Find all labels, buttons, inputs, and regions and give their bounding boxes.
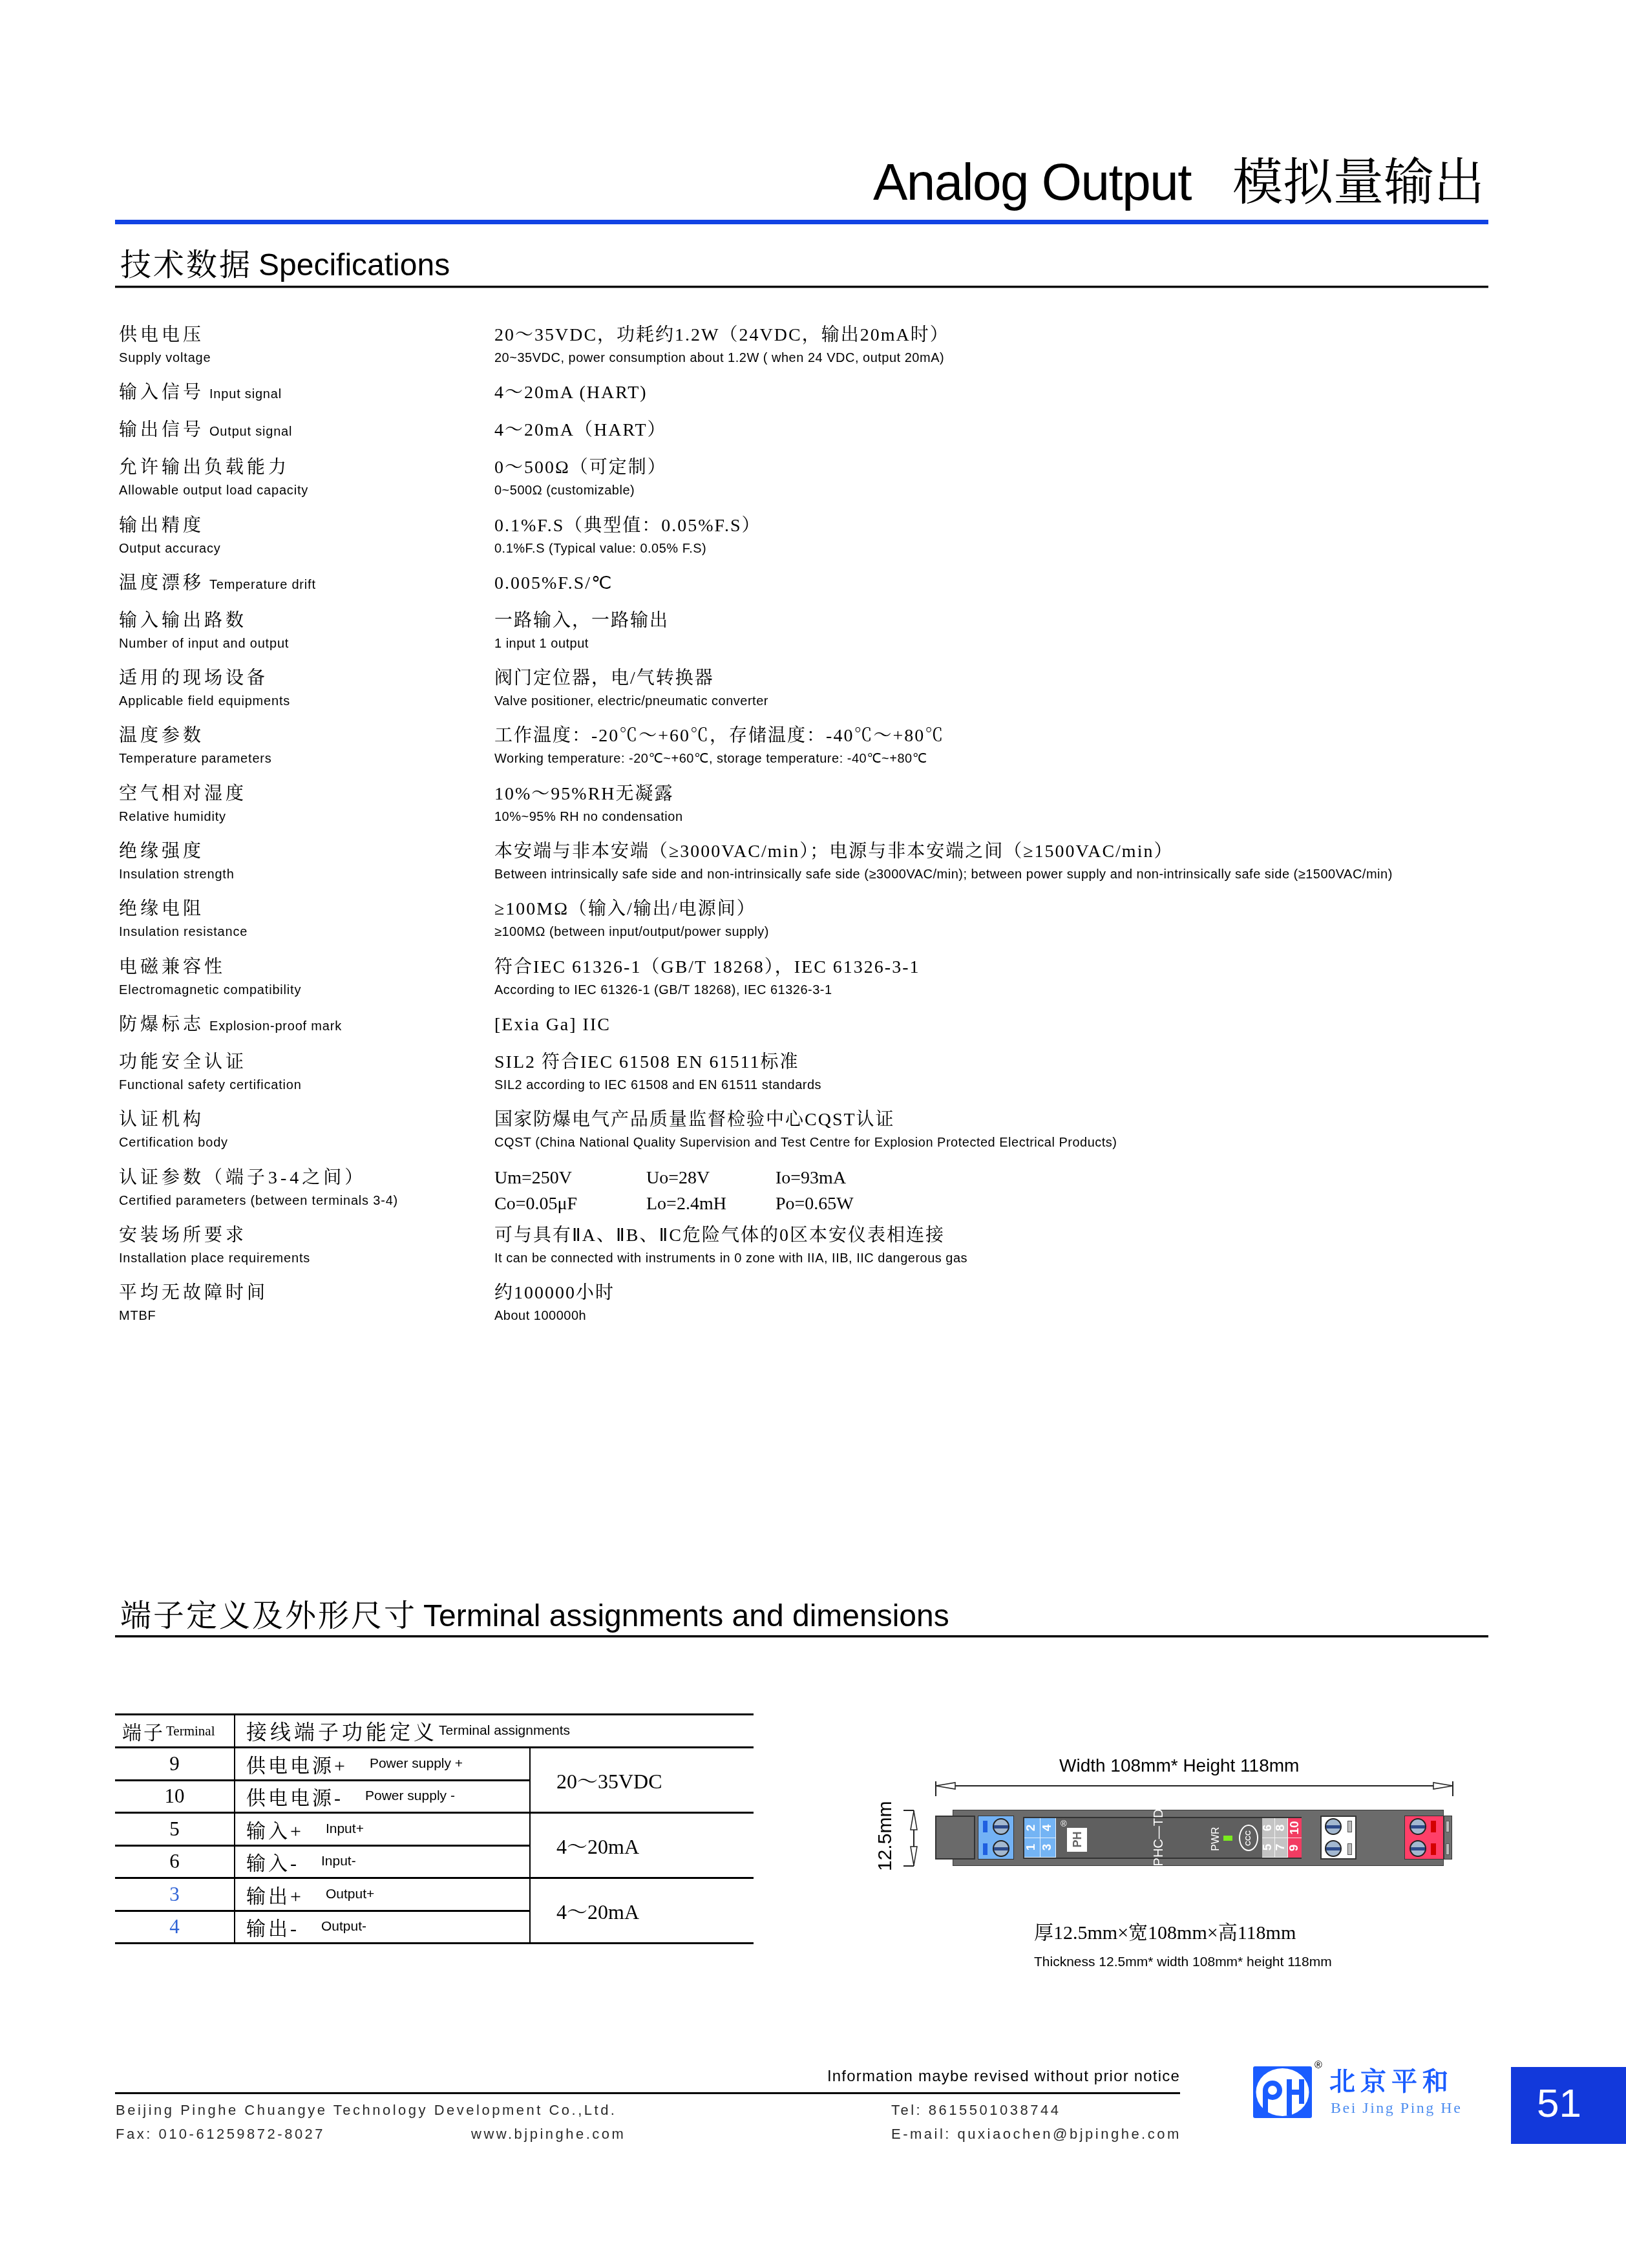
terminal-label: 6 [1262, 1818, 1275, 1838]
width-dimension-label: Width 108mm* Height 118mm [1059, 1755, 1299, 1776]
device-end-cap-left [935, 1816, 975, 1860]
phone-number: Tel: 8615501038744 [891, 2101, 1061, 2120]
spec-label: 供电电压 Supply voltage [119, 324, 494, 381]
spec-value-en: 0~500Ω (customizable) [494, 480, 1489, 502]
terminal-function: 输入-Input- [235, 1847, 531, 1880]
spec-label-cn: 空气相对湿度 [119, 783, 494, 806]
terminal-group-value: 4～20mA [531, 1814, 754, 1879]
spec-row-temperature-parameters: 温度参数 Temperature parameters 工作温度：-20℃～+6… [119, 725, 1489, 782]
spec-row-field-equipment: 适用的现场设备 Applicable field equipments 阀门定位… [119, 667, 1489, 725]
spec-label-cn-text: 防爆标志 [119, 1015, 204, 1035]
header-assign-cn: 接线端子功能定义 [246, 1716, 438, 1746]
function-en: Input+ [326, 1821, 364, 1837]
spec-label: 平均无故障时间 MTBF [119, 1282, 494, 1339]
registered-mark: ® [1061, 1819, 1067, 1829]
function-cn: 输入- [246, 1847, 299, 1876]
terminal-number: 9 [115, 1748, 235, 1781]
brand-logo-small: PH [1067, 1828, 1087, 1852]
spec-label-en: Relative humidity [119, 806, 494, 828]
param-co: Co=0.05μF [494, 1190, 646, 1218]
spec-label-cn: 供电电压 [119, 324, 494, 347]
spec-value: 20～35VDC，功耗约1.2W（24VDC，输出20mA时） 20~35VDC… [494, 324, 1489, 381]
spec-row-emc: 电磁兼容性 Electromagnetic compatibility 符合IE… [119, 956, 1489, 1013]
header-terminal-en: Terminal [166, 1723, 215, 1739]
screw-icon [1410, 1818, 1426, 1835]
spec-row-functional-safety: 功能安全认证 Functional safety certification S… [119, 1051, 1489, 1108]
spec-label: 防爆标志Explosion-proof mark [119, 1013, 494, 1051]
spec-value-en: 20~35VDC, power consumption about 1.2W (… [494, 347, 1489, 369]
spec-label-cn: 绝缘电阻 [119, 898, 494, 921]
function-en: Power supply + [370, 1756, 463, 1772]
spec-label-cn: 认证机构 [119, 1108, 494, 1132]
spec-value: 4～20mA（HART） [494, 419, 1489, 456]
spec-list: 供电电压 Supply voltage 20～35VDC，功耗约1.2W（24V… [119, 324, 1489, 1339]
spec-label-cn: 输入输出路数 [119, 609, 494, 633]
revision-notice: Information maybe revised without prior … [827, 2067, 1180, 2086]
spec-value-en: It can be connected with instruments in … [494, 1247, 1489, 1269]
param-lo: Lo=2.4mH [646, 1190, 776, 1218]
spec-value-cn: 可与具有ⅡA、ⅡB、ⅡC危险气体的0区本安仪表相连接 [494, 1224, 1489, 1247]
spec-label: 绝缘电阻 Insulation resistance [119, 898, 494, 955]
terminal-block-white [1320, 1816, 1357, 1860]
terminal-tab [1347, 1843, 1352, 1855]
spec-value-cn: 一路输入，一路输出 [494, 609, 1489, 633]
spec-value-cn: SIL2 符合IEC 61508 EN 61511标准 [494, 1051, 1489, 1074]
spec-label-cn: 温度参数 [119, 725, 494, 748]
spec-label-en: MTBF [119, 1305, 494, 1327]
registered-mark: ® [1315, 2061, 1322, 2071]
terminal-tab [1446, 1843, 1450, 1855]
spec-label: 输入信号Input signal [119, 381, 494, 419]
ccc-mark-text: CCC [1244, 1826, 1253, 1850]
section-heading-en: Terminal assignments and dimensions [423, 1599, 949, 1633]
terminal-number: 3 [115, 1879, 235, 1912]
param-io: Io=93mA [776, 1167, 846, 1190]
spec-label-cn: 温度漂移Temperature drift [119, 572, 494, 595]
spec-label: 输入输出路数 Number of input and output [119, 609, 494, 667]
spec-value-cn: 10%～95%RH无凝露 [494, 783, 1489, 806]
spec-label-cn-text: 输出信号 [119, 420, 204, 440]
spec-label-en: Output accuracy [119, 538, 494, 560]
power-led-label: PWR [1210, 1823, 1222, 1855]
spec-value-params: Um=250V Uo=28V Io=93mA Co=0.05μF Lo=2.4m… [494, 1167, 1489, 1224]
spec-row-output-accuracy: 输出精度 Output accuracy 0.1%F.S（典型值：0.05%F.… [119, 514, 1489, 572]
screw-icon [1325, 1840, 1342, 1857]
spec-value-en: Between intrinsically safe side and non-… [494, 864, 1489, 885]
spec-value: 工作温度：-20℃～+60℃，存储温度：-40℃～+80℃ Working te… [494, 725, 1489, 782]
terminal-tab [1431, 1821, 1436, 1832]
spec-value: 0.005%F.S/℃ [494, 572, 1489, 609]
spec-label: 认证机构 Certification body [119, 1108, 494, 1166]
spec-label: 空气相对湿度 Relative humidity [119, 783, 494, 840]
spec-label-en: Allowable output load capacity [119, 480, 494, 502]
spec-row-supply-voltage: 供电电压 Supply voltage 20～35VDC，功耗约1.2W（24V… [119, 324, 1489, 381]
spec-row-mtbf: 平均无故障时间 MTBF 约100000小时 About 100000h [119, 1282, 1489, 1339]
spec-label: 功能安全认证 Functional safety certification [119, 1051, 494, 1108]
param-uo: Uo=28V [646, 1167, 776, 1190]
spec-value-cn: ≥100MΩ（输入/输出/电源间） [494, 898, 1489, 921]
spec-value: ≥100MΩ（输入/输出/电源间） ≥100MΩ (between input/… [494, 898, 1489, 955]
param-line: Co=0.05μF Lo=2.4mH Po=0.65W [494, 1190, 1489, 1218]
spec-label-en: Explosion-proof mark [209, 1019, 342, 1033]
brand-name-cn: 北京平和 [1329, 2067, 1453, 2097]
spec-value-cn: 工作温度：-20℃～+60℃，存储温度：-40℃～+80℃ [494, 725, 1489, 748]
spec-label: 输出精度 Output accuracy [119, 514, 494, 572]
spec-label-cn: 认证参数（端子3-4之间） [119, 1167, 494, 1190]
table-header-assignments: 接线端子功能定义Terminal assignments [235, 1713, 754, 1748]
spec-label: 认证参数（端子3-4之间） Certified parameters (betw… [119, 1167, 494, 1224]
terminal-label-gray: 6 8 5 7 [1262, 1818, 1288, 1858]
terminal-tab [983, 1821, 987, 1832]
spec-row-load-capacity: 允许输出负载能力 Allowable output load capacity … [119, 456, 1489, 514]
terminal-function: 供电电源-Power supply - [235, 1781, 531, 1814]
spec-value-cn: 4～20mA（HART） [494, 419, 1489, 442]
terminal-table: 端子Terminal 接线端子功能定义Terminal assignments … [115, 1713, 754, 1944]
spec-label-cn: 电磁兼容性 [119, 956, 494, 979]
spec-label-en: Applicable field equipments [119, 690, 494, 712]
spec-label-en: Functional safety certification [119, 1074, 494, 1096]
spec-label: 输出信号Output signal [119, 419, 494, 456]
terminal-group-value: 20～35VDC [531, 1748, 754, 1814]
spec-value-cn: 0.005%F.S/℃ [494, 572, 1489, 595]
spec-label-cn: 平均无故障时间 [119, 1282, 494, 1305]
spec-value: SIL2 符合IEC 61508 EN 61511标准 SIL2 accordi… [494, 1051, 1489, 1108]
param-line: Um=250V Uo=28V Io=93mA [494, 1167, 1489, 1190]
terminal-label: 10 [1288, 1818, 1302, 1838]
spec-label-cn-text: 温度漂移 [119, 573, 204, 593]
spec-label-en: Electromagnetic compatibility [119, 979, 494, 1001]
terminal-function: 供电电源+Power supply + [235, 1748, 531, 1781]
screw-icon [993, 1818, 1009, 1835]
screw-icon [993, 1840, 1009, 1857]
spec-value: 一路输入，一路输出 1 input 1 output [494, 609, 1489, 667]
function-cn: 输出- [246, 1913, 299, 1941]
ccc-mark-icon: CCC [1239, 1825, 1258, 1851]
spec-label-cn: 安装场所要求 [119, 1224, 494, 1247]
spec-value-en: SIL2 according to IEC 61508 and EN 61511… [494, 1074, 1489, 1096]
terminal-label: 5 [1262, 1838, 1275, 1858]
thickness-dimension-arrow-icon [902, 1808, 920, 1869]
spec-row-insulation-strength: 绝缘强度 Insulation strength 本安端与非本安端（≥3000V… [119, 840, 1489, 898]
spec-value-cn: 约100000小时 [494, 1282, 1489, 1305]
function-en: Power supply - [365, 1788, 455, 1804]
spec-label-cn: 防爆标志Explosion-proof mark [119, 1013, 494, 1037]
function-en: Output+ [326, 1887, 374, 1902]
function-en: Input- [321, 1854, 356, 1869]
spec-value-cn: 0～500Ω（可定制） [494, 456, 1489, 480]
terminal-number: 5 [115, 1814, 235, 1847]
spec-row-io-count: 输入输出路数 Number of input and output 一路输入，一… [119, 609, 1489, 667]
terminal-function: 输出-Output- [235, 1912, 531, 1945]
param-po: Po=0.65W [776, 1190, 854, 1218]
spec-value-en: According to IEC 61326-1 (GB/T 18268), I… [494, 979, 1489, 1001]
function-en: Output- [321, 1919, 366, 1934]
spec-row-installation-place: 安装场所要求 Installation place requirements 可… [119, 1224, 1489, 1282]
spec-row-input-signal: 输入信号Input signal 4～20mA (HART) [119, 381, 1489, 419]
screw-icon [1410, 1840, 1426, 1857]
terminal-label: 7 [1275, 1838, 1288, 1858]
spec-value-cn: 符合IEC 61326-1（GB/T 18268），IEC 61326-3-1 [494, 956, 1489, 979]
spec-row-relative-humidity: 空气相对湿度 Relative humidity 10%～95%RH无凝露 10… [119, 783, 1489, 840]
section-divider [115, 286, 1488, 288]
spec-label-en: Temperature drift [209, 578, 316, 592]
spec-label-en: Output signal [209, 425, 292, 439]
dimensions-caption-cn: 厚12.5mm×宽108mm×高118mm [1034, 1922, 1296, 1945]
page-number-badge: 51 [1511, 2067, 1626, 2144]
spec-value-en: Working temperature: -20℃~+60℃, storage … [494, 748, 1489, 770]
param-um: Um=250V [494, 1167, 646, 1190]
spec-value: 0～500Ω（可定制） 0~500Ω (customizable) [494, 456, 1489, 514]
spec-value-cn: 4～20mA (HART) [494, 381, 1489, 405]
terminal-label: 4 [1040, 1818, 1057, 1838]
spec-value: 可与具有ⅡA、ⅡB、ⅡC危险气体的0区本安仪表相连接 It can be con… [494, 1224, 1489, 1282]
thickness-dimension-label: 12.5mm [876, 1807, 895, 1871]
function-cn: 输出+ [246, 1880, 304, 1909]
page-title-en: Analog Output [873, 153, 1191, 211]
terminal-tab [1431, 1843, 1436, 1855]
spec-row-certified-parameters: 认证参数（端子3-4之间） Certified parameters (betw… [119, 1167, 1489, 1224]
spec-value: 符合IEC 61326-1（GB/T 18268），IEC 61326-3-1 … [494, 956, 1489, 1013]
terminal-label: 9 [1288, 1838, 1302, 1858]
spec-label: 适用的现场设备 Applicable field equipments [119, 667, 494, 725]
dimensions-caption-en: Thickness 12.5mm* width 108mm* height 11… [1034, 1954, 1332, 1971]
spec-label-en: Input signal [209, 387, 282, 401]
header-assign-en: Terminal assignments [439, 1723, 570, 1739]
spec-value-en: 1 input 1 output [494, 633, 1489, 655]
terminal-group-value: 4～20mA [531, 1879, 754, 1944]
spec-label-cn: 输入信号Input signal [119, 381, 494, 405]
spec-value: 本安端与非本安端（≥3000VAC/min）；电源与非本安端之间（≥1500VA… [494, 840, 1489, 898]
function-cn: 供电电源- [246, 1782, 343, 1810]
terminal-label: 8 [1275, 1818, 1288, 1838]
spec-value-en: ≥100MΩ (between input/output/power suppl… [494, 921, 1489, 943]
section-heading-terminals: 端子定义及外形尺寸Terminal assignments and dimens… [120, 1598, 949, 1635]
spec-value-cn: 本安端与非本安端（≥3000VAC/min）；电源与非本安端之间（≥1500VA… [494, 840, 1489, 864]
spec-value: [Exia Ga] IIC [494, 1013, 1489, 1051]
company-name: Beijing Pinghe Chuangye Technology Devel… [116, 2101, 617, 2120]
spec-value-en: About 100000h [494, 1305, 1489, 1327]
terminal-label: 2 [1024, 1818, 1040, 1838]
spec-value-en: 10%~95% RH no condensation [494, 806, 1489, 828]
terminal-number: 4 [115, 1912, 235, 1945]
spec-value-en: 0.1%F.S (Typical value: 0.05% F.S) [494, 538, 1489, 560]
spec-value: 4～20mA (HART) [494, 381, 1489, 419]
spec-value: 阀门定位器，电/气转换器 Valve positioner, electric/… [494, 667, 1489, 725]
brand-logo-text: PH [1071, 1828, 1084, 1852]
table-header-terminal: 端子Terminal [115, 1713, 235, 1748]
spec-label-en: Insulation resistance [119, 921, 494, 943]
terminal-label: 3 [1040, 1838, 1057, 1858]
page-number: 51 [1537, 2081, 1581, 2126]
brand-logo-icon [1253, 2066, 1312, 2118]
spec-value: 约100000小时 About 100000h [494, 1282, 1489, 1339]
spec-label-en: Certified parameters (between terminals … [119, 1190, 494, 1212]
spec-label: 绝缘强度 Insulation strength [119, 840, 494, 898]
fax-number: Fax: 010-61259872-8027 [116, 2125, 325, 2144]
spec-row-output-signal: 输出信号Output signal 4～20mA（HART） [119, 419, 1489, 456]
section-heading-specifications: 技术数据Specifications [120, 248, 450, 284]
terminal-label: 1 [1024, 1838, 1040, 1858]
terminal-block-blue [978, 1816, 1014, 1860]
spec-row-insulation-resistance: 绝缘电阻 Insulation resistance ≥100MΩ（输入/输出/… [119, 898, 1489, 955]
section-heading-cn: 技术数据 [120, 248, 252, 282]
spec-value: 0.1%F.S（典型值：0.05%F.S） 0.1%F.S (Typical v… [494, 514, 1489, 572]
terminal-function: 输入+Input+ [235, 1814, 531, 1847]
terminal-label-blue: 2 4 1 3 [1024, 1818, 1056, 1858]
spec-label: 安装场所要求 Installation place requirements [119, 1224, 494, 1282]
spec-label-cn-text: 输入信号 [119, 383, 204, 403]
website-link[interactable]: www.bjpinghe.com [471, 2125, 626, 2144]
spec-label-en: Certification body [119, 1132, 494, 1154]
spec-label-cn: 适用的现场设备 [119, 667, 494, 690]
spec-value: 10%～95%RH无凝露 10%~95% RH no condensation [494, 783, 1489, 840]
footer-divider [115, 2092, 1180, 2094]
terminal-block-red [1404, 1816, 1444, 1860]
function-cn: 输入+ [246, 1815, 304, 1843]
screw-icon [1325, 1818, 1342, 1835]
spec-value-cn: 20～35VDC，功耗约1.2W（24VDC，输出20mA时） [494, 324, 1489, 347]
page-title: Analog Output模拟量输出 [873, 153, 1484, 211]
section-heading-en: Specifications [259, 248, 450, 282]
spec-value-cn: 0.1%F.S（典型值：0.05%F.S） [494, 514, 1489, 538]
device-model-label: PHC—TD [1151, 1805, 1167, 1870]
title-divider [115, 220, 1488, 224]
spec-label: 允许输出负载能力 Allowable output load capacity [119, 456, 494, 514]
spec-value-en: Valve positioner, electric/pneumatic con… [494, 690, 1489, 712]
function-cn: 供电电源+ [246, 1750, 348, 1778]
terminal-tab [1446, 1821, 1450, 1832]
spec-row-temperature-drift: 温度漂移Temperature drift 0.005%F.S/℃ [119, 572, 1489, 609]
spec-label: 温度漂移Temperature drift [119, 572, 494, 609]
terminal-number: 10 [115, 1781, 235, 1814]
spec-row-explosion-proof-mark: 防爆标志Explosion-proof mark [Exia Ga] IIC [119, 1013, 1489, 1051]
device-end-cap-right [1444, 1816, 1452, 1860]
spec-label-cn: 功能安全认证 [119, 1051, 494, 1074]
terminal-number: 6 [115, 1847, 235, 1880]
spec-value-cn: 阀门定位器，电/气转换器 [494, 667, 1489, 690]
spec-value-en: CQST (China National Quality Supervision… [494, 1132, 1489, 1154]
terminal-function: 输出+Output+ [235, 1879, 531, 1912]
spec-label-en: Insulation strength [119, 864, 494, 885]
spec-row-certification-body: 认证机构 Certification body 国家防爆电气产品质量监督检验中心… [119, 1108, 1489, 1166]
spec-value: 国家防爆电气产品质量监督检验中心CQST认证 CQST (China Natio… [494, 1108, 1489, 1166]
power-led-icon [1223, 1836, 1232, 1841]
spec-label-cn: 输出信号Output signal [119, 419, 494, 442]
spec-label-en: Number of input and output [119, 633, 494, 655]
spec-label-en: Supply voltage [119, 347, 494, 369]
email-link[interactable]: E-mail: quxiaochen@bjpinghe.com [891, 2125, 1181, 2144]
spec-label-en: Installation place requirements [119, 1247, 494, 1269]
spec-label: 温度参数 Temperature parameters [119, 725, 494, 782]
spec-label-cn: 输出精度 [119, 514, 494, 538]
spec-label-cn: 绝缘强度 [119, 840, 494, 864]
terminal-tab [1347, 1821, 1352, 1832]
terminal-tab [983, 1843, 987, 1855]
spec-label-en: Temperature parameters [119, 748, 494, 770]
section-heading-cn: 端子定义及外形尺寸 [120, 1599, 417, 1633]
spec-label-cn: 允许输出负载能力 [119, 456, 494, 480]
spec-label: 电磁兼容性 Electromagnetic compatibility [119, 956, 494, 1013]
section-divider [115, 1635, 1488, 1637]
header-terminal-cn: 端子 [122, 1717, 165, 1745]
spec-value-cn: [Exia Ga] IIC [494, 1013, 1489, 1037]
terminal-label-red: 10 9 [1288, 1818, 1302, 1858]
width-dimension-arrow-icon [933, 1779, 1455, 1798]
page-title-cn: 模拟量输出 [1232, 154, 1484, 211]
spec-value-cn: 国家防爆电气产品质量监督检验中心CQST认证 [494, 1108, 1489, 1132]
brand-name-en: Bei Jing Ping He [1331, 2099, 1462, 2117]
